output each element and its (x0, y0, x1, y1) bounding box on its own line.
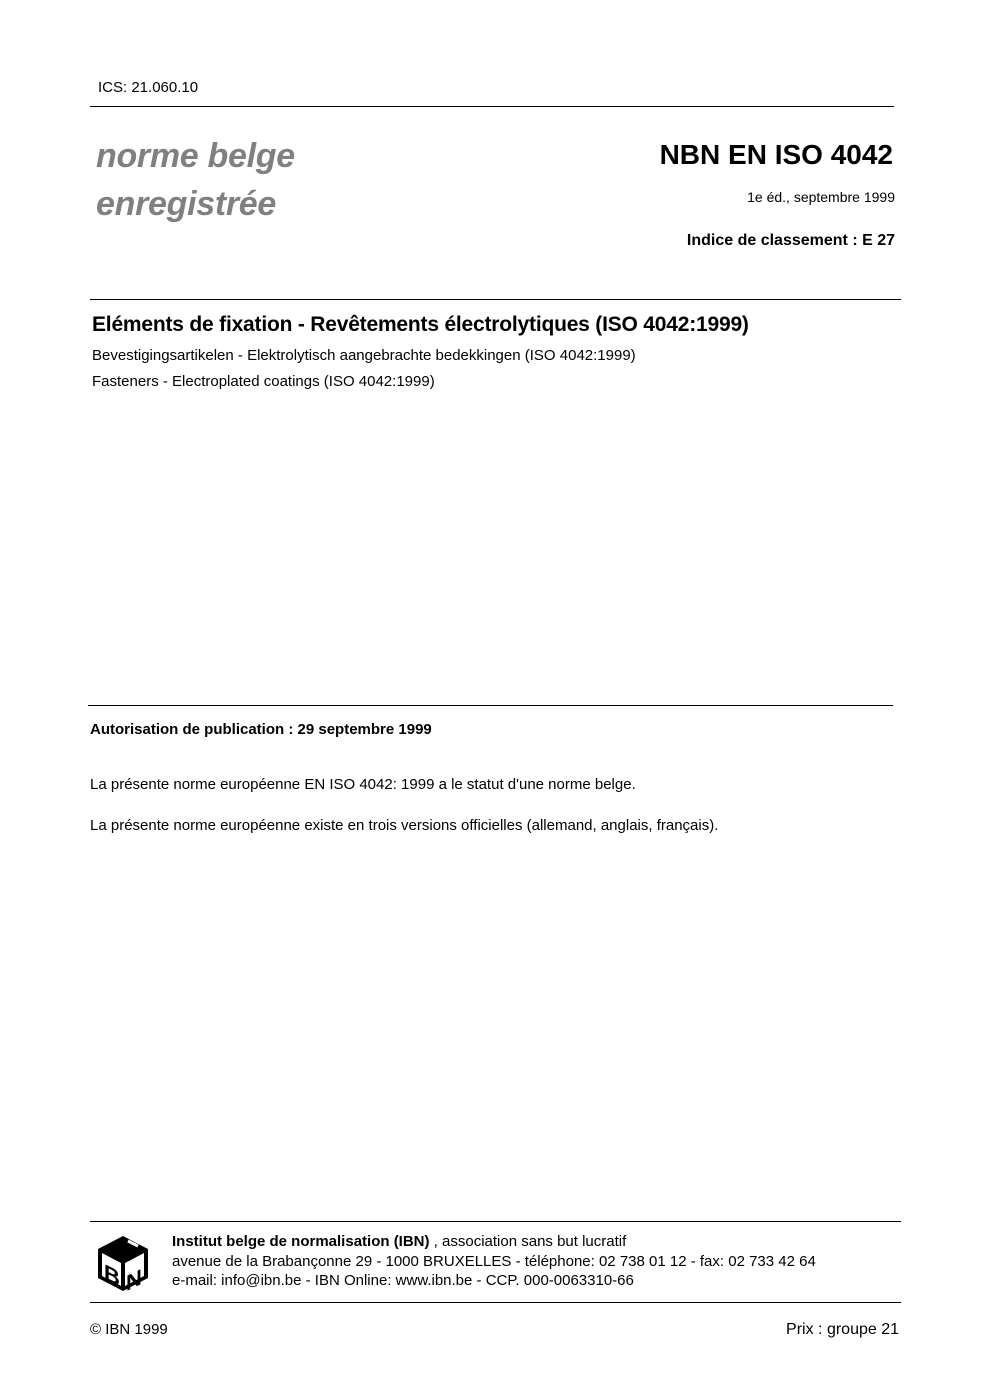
institute-line: Institut belge de normalisation (IBN) , … (172, 1233, 626, 1250)
publication-authorization: Autorisation de publication : 29 septemb… (90, 721, 432, 738)
publication-divider (88, 705, 893, 706)
paragraph-versions: La présente norme européenne existe en t… (90, 817, 718, 834)
category-line-1: norme belge (96, 137, 295, 176)
price-group: Prix : groupe 21 (786, 1321, 899, 1339)
copyright: © IBN 1999 (90, 1321, 168, 1338)
title-french: Eléments de fixation - Revêtements élect… (92, 313, 749, 337)
title-dutch: Bevestigingsartikelen - Elektrolytisch a… (92, 347, 636, 364)
footer-top-divider (90, 1221, 901, 1222)
standard-number: NBN EN ISO 4042 (660, 139, 893, 171)
institute-name: Institut belge de normalisation (IBN) (172, 1233, 430, 1250)
edition-date: 1e éd., septembre 1999 (747, 189, 895, 205)
ics-code: ICS: 21.060.10 (98, 79, 198, 96)
ibn-cube-logo-icon: B N (96, 1234, 150, 1292)
institute-contact: e-mail: info@ibn.be - IBN Online: www.ib… (172, 1272, 634, 1289)
category-line-2: enregistrée (96, 185, 276, 224)
header-divider (90, 106, 894, 107)
footer-bottom-divider (90, 1302, 901, 1303)
institute-address: avenue de la Brabançonne 29 - 1000 BRUXE… (172, 1253, 816, 1270)
paragraph-status: La présente norme européenne EN ISO 4042… (90, 776, 636, 793)
institute-suffix: , association sans but lucratif (430, 1233, 627, 1250)
title-divider (90, 299, 901, 300)
classification-index: Indice de classement : E 27 (687, 232, 895, 250)
title-english: Fasteners - Electroplated coatings (ISO … (92, 373, 435, 390)
